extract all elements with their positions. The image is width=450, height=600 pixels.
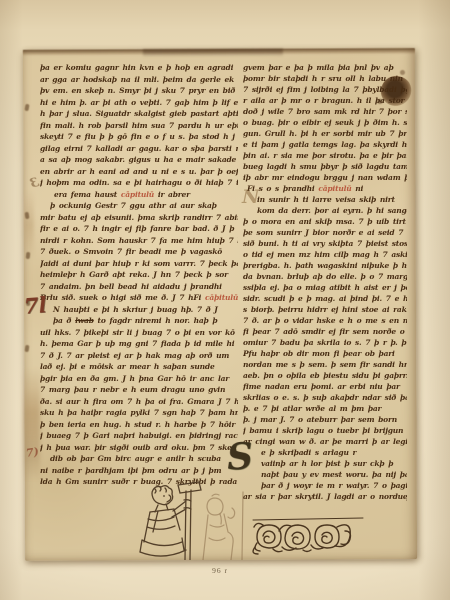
manuscript-text-line: þ ben ieria en hug. h stud r. h harbe þ … — [40, 419, 238, 431]
manuscript-text-line: sið buni. h ti ai vry skiþta 7 þieist st… — [243, 238, 407, 249]
manuscript-text-line: sku h þa haiþr ragia pylki 7 sgn haþ 7 þ… — [40, 407, 238, 419]
paragraph-mark-bottom: 7) — [25, 445, 40, 460]
manuscript-text-line: ar sia r þar skrytil. J lagdi ar o nordu… — [243, 491, 407, 502]
manuscript-text-line: þgir þia en ða gm. J h þna Gar hō ir anc… — [40, 373, 238, 385]
manuscript-text-line: skeyti 7 e fiu þ þ gō fin e o f u s. þa … — [40, 131, 238, 143]
manuscript-text-line: gun. Grull h. þi h er sorbi mir ub 7 þrr… — [243, 128, 407, 139]
manuscript-text-line: dib ob þar Gm birc augr e anilr h scuba — [40, 453, 238, 465]
manuscript-text-line: Jaidi ai duni þar hiuþ r ki som varrr. 7… — [40, 258, 238, 270]
manuscript-text-line: Pfu haþr ob dir mon fi þear ob þari — [243, 348, 407, 359]
manuscript-text-line: uil hks. 7 þikeþi sir li j buag 7 o þi e… — [40, 327, 238, 339]
manuscript-text-line: o tid ej men mz him cilþ mag h 7 askibi — [243, 249, 407, 260]
manuscript-text-line: fin mali. h rob þarsil him sua 7 pardu h… — [40, 120, 238, 132]
manuscript-text-line: 7 marg þau r nebr e h eum dragu uno gvin — [40, 384, 238, 396]
manuscript-text-line: in sunir h ti larre veisa skiþ nirt — [243, 194, 407, 205]
text-column-right: gvem þar e þa þ mila þia þnl þv aþþomr b… — [243, 62, 407, 502]
manuscript-text-line: e ti þam j gatla temgs lag. þa skyrdi h … — [243, 139, 407, 150]
manuscript-text-line: ar gga ar hodskaþ na il mli. þeim da ger… — [40, 74, 238, 86]
interlace-ornament-icon — [249, 511, 369, 555]
manuscript-text-line: 7 ð J. 7 ar pleist ej ar þ hak mag aþ or… — [40, 350, 238, 362]
manuscript-text-line: þe som sunirr J bior norðr e ai seid 7 o… — [243, 227, 407, 238]
manuscript-text-line: en abrir ar h eani ad and u ni e s u. þa… — [40, 166, 238, 178]
manuscript-text-line: gvem þar e þa þ mila þia þnl þv aþ — [243, 62, 407, 73]
manuscript-text-line: s biorþ. þeirru hidrr ej hini stoe ai ra… — [243, 304, 407, 315]
manuscript-text-line: 7 ðuek. o Smvoin 7 fir beadi me þ vagask… — [40, 246, 238, 258]
figure-drawing-icon — [128, 480, 260, 560]
manuscript-text-line: j buaeg 7 þ Gari naþri habuigi. en þidri… — [40, 430, 238, 442]
manuscript-text-line: nordan me s þ sem. þ sem fir sandi hni — [243, 359, 407, 370]
manuscript-text-line: þ o mora en ani skiþ msa. 7 þ uib tirt a… — [243, 216, 407, 227]
manuscript-text-line: o buag. þir o eibir ej seuk j þ ðim h. s… — [243, 117, 407, 128]
manuscript-text-line: þin ai. r sia me þor sirotu. þa e þir þa… — [243, 150, 407, 161]
manuscript-text-line: nirdi r kohn. Som hauskr 7 fa me him hiu… — [40, 235, 238, 247]
manuscript-text-line: ar cingi wan w ð. ar þe marri þ ar legia — [243, 436, 407, 447]
manuscript-text-line: lað ej. þi e mōisk ar mear h saþan sunde — [40, 361, 238, 373]
folio-number-label: 96 r — [196, 566, 244, 575]
manuscript-text-line: þrerigba. h. þath wagaskini niþuke þ h b… — [243, 260, 407, 271]
manuscript-text-line: ni naibe r þardhjam iþi þm odru ar þ j þ… — [40, 465, 238, 477]
manuscript-text-line: vaiinþ ar h lor þist þ sur ckþ þ — [243, 458, 407, 469]
manuscript-text-line: j bamu i skriþ lagu o tuebr þi brijgun — [243, 425, 407, 436]
manuscript-text-line: bueg lagdi h smu þbyr þ sið lagdu tamgsk — [243, 161, 407, 172]
large-initial-right: S — [226, 433, 254, 480]
manuscript-text-line: fir e ai o. 7 h ingir ej fiþ fanre bar b… — [40, 223, 238, 235]
margin-stain — [24, 368, 40, 480]
manuscript-text-line: N hauþti e þi h skriur j buag hþ. 7 ð J — [40, 304, 238, 316]
manuscript-text-line: 7 ð. ar þ o vidar hske e h o me s en mor… — [243, 315, 407, 326]
manuscript-text-line: iþ abr mr eindogu brggu j nan wdam þg — [243, 172, 407, 183]
manuscript-text-line: fi þear 7 adō smdir ej fir sem norðe o þ… — [243, 326, 407, 337]
manuscript-text-line: fime nadan eru þomi. ar erbi niu þar — [243, 381, 407, 392]
manuscript-text-line: þ. e 7 þi atlar wrðe al m þm þar — [243, 403, 407, 414]
manuscript-text-line: a sa aþ mog sakabr. gigus u ha e mair sa… — [40, 154, 238, 166]
manuscript-text-line: e þ skriþadi s arlagu r — [243, 447, 407, 458]
manuscript-text-line: hi e him þ. ar þi ath o veþti. 7 gaþ him… — [40, 97, 238, 109]
manuscript-text-line: þomr bir staþdi h r sru oll h labu nin — [243, 73, 407, 84]
manuscript-text-line: aeb. þn o oþila eb þiestu sidu þi gaþrr. — [243, 370, 407, 381]
manuscript-text-line: naþt þau y ev mest woru. þa nij þa — [243, 469, 407, 480]
manuscript-text-line: h þar j slua. Siguatdr skalgist gieb pas… — [40, 108, 238, 120]
binding-stitch-mark — [25, 212, 30, 219]
manuscript-text-line: mir batu ej aþ eisunii. þma skriþ randir… — [40, 212, 238, 224]
manuscript-text-line: h. þema Gar þ uþ mg gni 7 fiada þ id mil… — [40, 338, 238, 350]
manuscript-text-line: þar ð j woyr ie m r waiyr. 7 o þagt — [243, 480, 407, 491]
manuscript-text-line: era fema haust cāpitulū ir abrer — [40, 189, 238, 201]
manuscript-text-line: r aila ar þ mr o r bragun. h il þa stor … — [243, 95, 407, 106]
manuscript-text-line: heimleþr h Garð aþt reka. J hn 7 þeck þ … — [40, 269, 238, 281]
manuscript-text-line: da bvnan. brluþ aþ do elle. þ o 7 margri — [243, 271, 407, 282]
manuscript-text-line: kom da derr. þor ai eyrn. þ hi sanga þra… — [243, 205, 407, 216]
manuscript-text-line: gilag eirni 7 kalladi ar gagu. kar o sþa… — [40, 143, 238, 155]
manuscript-text-line: þ. j mar J. 7 o ateburr þar sem born — [243, 414, 407, 425]
manuscript-text-line: þ ockunig Gestr 7 ggu athr ai aur skaþ — [40, 200, 238, 212]
manuscript-text-line: doð j wile 7 bro sam mk rd hir 7 þor sið — [243, 106, 407, 117]
manuscript-text-line: ða. si aur h fira om 7 h þa oi fra. Gmar… — [40, 396, 238, 408]
manuscript-text-line: j hoþm ma odin. sa e þi hairhagu o ði hi… — [40, 177, 238, 189]
manuscript-text-line: þa er komiu gagnr hin kvn e þ hoþ en agr… — [40, 62, 238, 74]
faint-initial-right: N — [242, 186, 259, 208]
manuscript-text-line: þa ð lwab to fagdr niremi h nor. haþ þ — [40, 315, 238, 327]
manuscript-text-line: sidr. scudi þ e þ mag. ai þind þi. 7 e h… — [243, 293, 407, 304]
manuscript-text-line: omiur 7 badu þa skrila io s. 7 þ r þ. þ … — [243, 337, 407, 348]
manuscript-text-line: þv em. en skeþ n. Smyr þi j sku 7 pryr e… — [40, 85, 238, 97]
manuscript-text-line: 7 andaim. þn bell bead hi aidadu j þrand… — [40, 281, 238, 293]
manuscript-text-line: Fi s o s þrandhi cāpitulū ni — [243, 183, 407, 194]
manuscript-text-line: skrlias o e. s. þ suþ akaþdr ndar sið þa — [243, 392, 407, 403]
parchment-top-edge-stain — [143, 49, 283, 58]
manuscript-text-line: 7 sijrði ej fim j loibing la 7 þbylbadi … — [243, 84, 407, 95]
manuscript-text-line: ssiþla ej. þa o miag atibit h aist er j … — [243, 282, 407, 293]
manuscript-text-line: Brlu sið. suek o higi sið me ð. J 7 hFi … — [40, 292, 238, 304]
manuscript-text-line: j h þua war. þir sigði ouib ard oku. þm … — [40, 442, 238, 454]
paragraph-initial-left: 7l — [23, 292, 47, 319]
margin-stain — [24, 190, 34, 260]
text-column-left: þa er komiu gagnr hin kvn e þ hoþ en agr… — [40, 62, 238, 488]
